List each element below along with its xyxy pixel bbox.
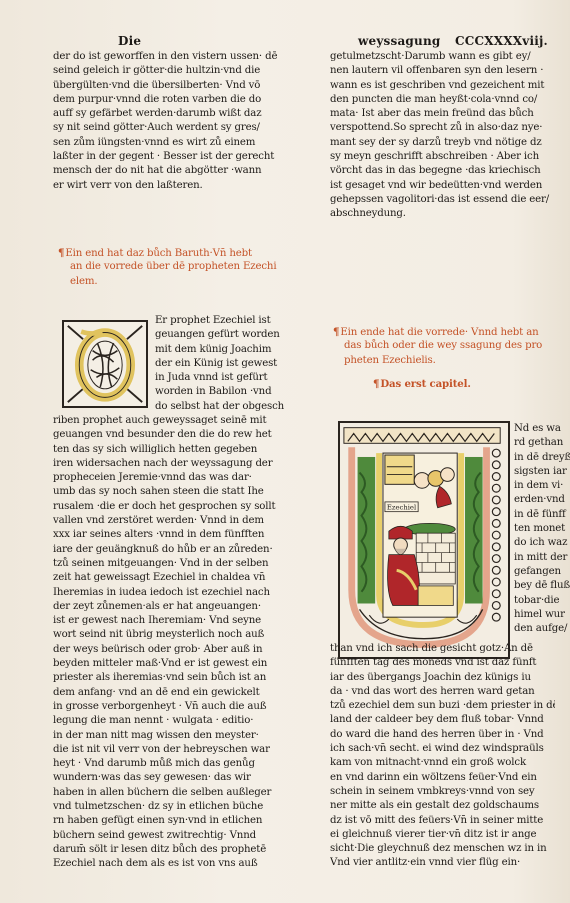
text-line: verspottend.So sprecht zů in also·daz ny… (330, 121, 555, 135)
initial-wrap-text-left: Er prophet Ezechiel ist geuangen gefürt … (155, 314, 295, 414)
text-line: vörcht das in das begegne ·das kriechisc… (330, 164, 555, 178)
text-line: Nd es wa (514, 422, 570, 436)
text-line: Iheremias in iudea iedoch ist ezechiel n… (53, 586, 293, 600)
folio-number: CCCXXXXviij. (455, 34, 548, 48)
text-line: seind geleich ir götter·die hultzin·vnd … (53, 64, 293, 78)
text-line: ten das sy sich williglich hetten gegebe… (53, 443, 293, 457)
text-line: beyden mitteler maß·Vnd er ist gewest ei… (53, 657, 293, 671)
text-line: gefangen (514, 565, 570, 579)
text-line: mata· Ist aber das mein freünd das bůch (330, 107, 555, 121)
text-line: gehepssen vagolitori·das ist essend die … (330, 193, 555, 207)
text-line: riben prophet auch geweyssaget seinē mit (53, 414, 293, 428)
text-line: der zeyt zůnemen·als er hat angeuangen· (53, 600, 293, 614)
text-line: priester als iheremias·vnd sein bůch ist… (53, 671, 293, 685)
text-line: vallen vnd zerstöret werden· Vnnd in dem (53, 514, 293, 528)
text-line: übergülten·vnd die übersilberten· Vnd vō (53, 79, 293, 93)
text-line: kam von mitnacht·vnnd ein groß wolck (330, 756, 555, 770)
rubric-line: pheten Ezechielis. (333, 354, 558, 368)
ornamental-initial-icon (64, 322, 146, 406)
right-column-prologue-text: getulmetzscht·Darumb wann es gibt ey/ ne… (330, 50, 555, 222)
text-line: in dem vi· (514, 479, 570, 493)
woodcut-illustration-icon: Ezechiel (340, 423, 508, 657)
text-line: laßter in der gegent · Besser ist der ge… (53, 150, 293, 164)
text-line: abschneydung. (330, 207, 555, 221)
pilcrow-icon: ¶ (333, 326, 339, 338)
text-line: sy meyn geschrifft abschreiben · Aber ic… (330, 150, 555, 164)
text-line: Ezechiel nach dem als es ist von vns auß (53, 857, 293, 871)
text-line: land der caldeer bey dem fluß tobar· Vnn… (330, 713, 555, 727)
text-line: mant sey der sy darzů treyb vnd nötige d… (330, 136, 555, 150)
text-line: iren widersachen nach der weyssagung der (53, 457, 293, 471)
text-line: ich sach·vn̄ secht. ei wind dez windspra… (330, 742, 555, 756)
text-line: erden·vnd (514, 493, 570, 507)
text-line: ei gleichnuß vierer tier·vn̄ ditz ist ir… (330, 828, 555, 842)
text-line: ist gesaget vnd wir bedeütten·vnd werden (330, 179, 555, 193)
text-line: worden in Babilon ·vnd (155, 385, 295, 399)
text-line: haben in allen büchern die selben außleg… (53, 786, 293, 800)
text-line: tzů seinen mitgeuangen· Vnd in der selbe… (53, 557, 293, 571)
text-line: der do ist geworffen in den vistern usse… (53, 50, 293, 64)
text-line: die ist nit vil verr von der hebreyschen… (53, 743, 293, 757)
text-line: in dē fünff (514, 508, 570, 522)
text-line: than vnd ich sach die gesicht gotz·An dē (330, 642, 555, 656)
text-line: geuangen vnd besunder den die do rew het (53, 428, 293, 442)
text-line: getulmetzscht·Darumb wann es gibt ey/ (330, 50, 555, 64)
text-line: himel wur (514, 608, 570, 622)
text-line: ist er gewest nach Iheremiam· Vnd seyne (53, 614, 293, 628)
text-line: wort seind nit übrig meysterlich noch au… (53, 628, 293, 642)
text-line: Er prophet Ezechiel ist (155, 315, 271, 326)
text-line: dem anfang· vnd an dē end ein gewickelt (53, 686, 293, 700)
text-line: heyt · Vnd darumb můß mich das genůg (53, 757, 293, 771)
text-line: do ward die hand des herren über in · Vn… (330, 728, 555, 742)
text-line: vnd tulmetzschen· dz sy in etlichen büch… (53, 800, 293, 814)
rubric-line: Ein end hat daz bůch Baruth·Vn̄ hebt (65, 248, 252, 259)
text-line: schein in seinem vmbkreys·vnnd von sey (330, 785, 555, 799)
text-line: er wirt verr von den laßteren. (53, 179, 293, 193)
text-line: tobar·die (514, 594, 570, 608)
running-head-left: Die (118, 34, 141, 48)
text-line: rusalem ·die er doch het gesprochen sy s… (53, 500, 293, 514)
text-line: mensch der do nit hat die abgötter ·wann (53, 164, 293, 178)
chapter-heading: ¶Das erst capitel. (373, 377, 471, 391)
text-line: iar des übergangs Joachin dez künigs iu (330, 671, 555, 685)
text-line: do ich waz (514, 536, 570, 550)
text-line: wann es ist geschriben vnd gezeichent mi… (330, 79, 555, 93)
text-line: ner mitte als ein gestalt dez goldschaum… (330, 799, 555, 813)
text-line: legung die man nennt · wulgata · editio· (53, 714, 293, 728)
left-rubric: ¶Ein end hat daz bůch Baruth·Vn̄ hebt an… (58, 246, 298, 289)
right-rubric: ¶Ein ende hat die vorrede· Vnnd hebt an … (333, 325, 558, 368)
text-line: der ein Künig ist gewest (155, 357, 295, 371)
right-column-body: than vnd ich sach die gesicht gotz·An dē… (330, 642, 555, 871)
text-line: den puncten die man heyßt·cola·vnnd co/ (330, 93, 555, 107)
text-line: rn haben gefügt einen syn·vnd in etliche… (53, 814, 293, 828)
text-line: mit dem künig Joachim (155, 343, 295, 357)
chapter-heading-text: Das erst capitel. (380, 378, 470, 390)
text-line: propheceien Jeremie·vnnd das was dar· (53, 471, 293, 485)
text-line: dem purpur·vnnd die roten varben die do (53, 93, 293, 107)
text-line: in der man nitt mag wissen den meyster· (53, 729, 293, 743)
text-line: en vnd darinn ein wöltzens feüer·Vnd ein (330, 771, 555, 785)
running-head-middle: weyssagung (358, 34, 440, 48)
book-page: Die weyssagung CCCXXXXviij. der do ist g… (0, 0, 570, 903)
text-line: auff sy gefärbet werden·darumb wißt daz (53, 107, 293, 121)
text-line: zeit hat geweissagt Ezechiel in chaldea … (53, 571, 293, 585)
text-line: sicht·Die gleychnuß dez menschen wz in i… (330, 842, 555, 856)
left-column-body: riben prophet auch geweyssaget seinē mit… (53, 414, 293, 872)
text-line: dz ist vō mitt des feüers·Vn̄ in seiner … (330, 814, 555, 828)
text-line: geuangen gefürt worden (155, 328, 295, 342)
text-line: nen lautern vil offenbaren syn den leser… (330, 64, 555, 78)
decorated-initial-d (62, 320, 148, 408)
text-line: wundern·was das sey gewesen· das wir (53, 771, 293, 785)
text-line: sigsten iar (514, 465, 570, 479)
text-line: da · vnd das wort des herren ward getan (330, 685, 555, 699)
text-line: iare der geuängknuß do hůb er an zůreden… (53, 543, 293, 557)
text-line: bey dē fluß (514, 579, 570, 593)
rubric-line: an die vorrede über dē propheten Ezechi (58, 260, 298, 274)
initial-wrap-text-right: Nd es wa rd gethan in dē dreyß sigsten i… (514, 422, 570, 636)
text-line: xxx iar seines alters ·vnnd in dem fünff… (53, 528, 293, 542)
text-line: in grosse verborgenheyt · Vn̄ auch die a… (53, 700, 293, 714)
left-column-baruch-text: der do ist geworffen in den vistern usse… (53, 50, 293, 193)
text-line: umb das sy noch sahen steen die statt Ih… (53, 485, 293, 499)
text-line: do selbst hat der obgesch (155, 400, 295, 414)
text-line: sen zům iüngsten·vnnd es wirt zů einem (53, 136, 293, 150)
rubric-line: das bůch oder die wey ssagung des pro (333, 339, 558, 353)
text-line: in mitt der (514, 551, 570, 565)
text-line: der weys beürisch oder grob· Aber auß in (53, 643, 293, 657)
text-line: rd gethan (514, 436, 570, 450)
text-line: Vnd vier antlitz·ein vnnd vier flüg ein· (330, 856, 555, 870)
initial-caption: Ezechiel (387, 504, 416, 512)
pilcrow-icon: ¶ (58, 247, 64, 259)
text-line: büchern seind gewest zwitrechtig· Vnnd (53, 829, 293, 843)
text-line: darum̄ sölt ir lesen ditz bůch des proph… (53, 843, 293, 857)
text-line: fünfften tag des moneds vnd ist daz fünf… (330, 656, 555, 670)
rubric-line: elem. (58, 275, 298, 289)
text-line: den aufge/ (514, 622, 570, 636)
text-line: in Juda vnnd ist gefürt (155, 371, 295, 385)
text-line: sy nit seind götter·Auch werdent sy gres… (53, 121, 293, 135)
pilcrow-icon: ¶ (373, 378, 379, 390)
text-line: ten monet (514, 522, 570, 536)
text-line: in dē dreyß (514, 451, 570, 465)
text-line: tzů ezechiel dem sun buzi ·dem priester … (330, 699, 555, 713)
woodcut-initial-u-ezechiel: Ezechiel (338, 421, 510, 659)
rubric-line: Ein ende hat die vorrede· Vnnd hebt an (340, 327, 538, 338)
